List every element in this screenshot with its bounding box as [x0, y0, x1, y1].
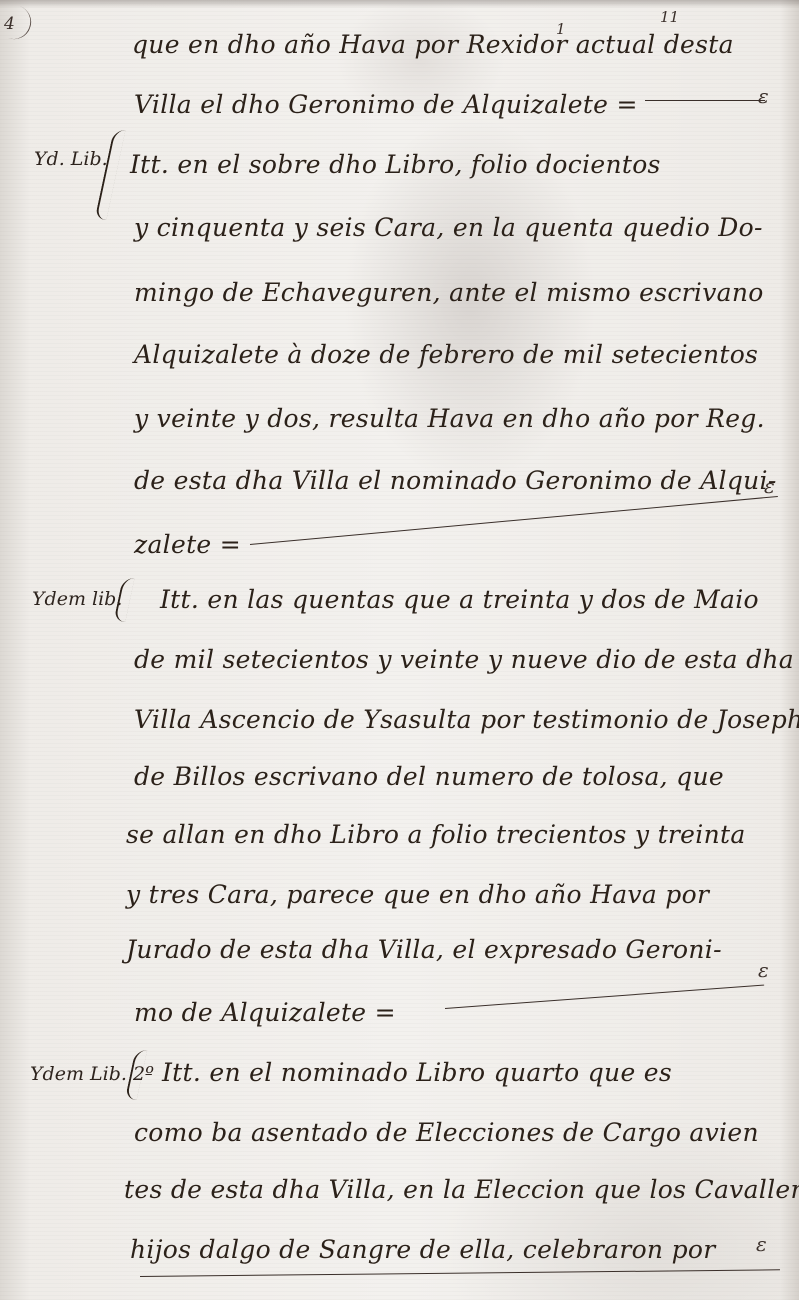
page-edge-shadow [0, 0, 799, 8]
line-filler-rule [140, 1269, 780, 1277]
text-line: mingo de Echaveguren, ante el mismo escr… [134, 278, 764, 307]
text-line: Jurado de esta dha Villa, el expresado G… [126, 935, 722, 964]
text-line: Itt. en las quentas que a treinta y dos … [160, 585, 759, 614]
flourish-mark: ɛ [756, 1232, 767, 1256]
text-line: Villa Ascencio de Ysasulta por testimoni… [134, 705, 799, 734]
text-line: y cinquenta y seis Cara, en la quenta qu… [134, 213, 763, 242]
margin-bracket [94, 130, 125, 220]
flourish-mark: ɛ [758, 84, 769, 108]
margin-note: Ydem lib. [32, 588, 122, 610]
text-line: Alquizalete à doze de febrero de mil set… [134, 340, 758, 369]
text-line: Itt. en el nominado Libro quarto que es [162, 1058, 672, 1087]
margin-note: Yd. Lib. [34, 148, 108, 170]
line-filler-rule [445, 985, 764, 1009]
flourish-mark: ɛ [758, 958, 769, 982]
text-line: hijos dalgo de Sangre de ella, celebraro… [130, 1235, 715, 1264]
text-line: zalete = [134, 530, 241, 559]
text-line: como ba asentado de Elecciones de Cargo … [134, 1118, 759, 1147]
text-line: se allan en dho Libro a folio trecientos… [126, 820, 746, 849]
text-line: y tres Cara, parece que en dho año Hava … [126, 880, 709, 909]
accent-mark: 11 [660, 8, 679, 26]
text-line: que en dho año Hava por Rexidor actual d… [132, 30, 734, 59]
text-line: tes de esta dha Villa, en la Eleccion qu… [124, 1175, 799, 1204]
text-line: Villa el dho Geronimo de Alquizalete = [134, 90, 638, 119]
line-filler-rule [645, 100, 765, 101]
text-line: de Billos escrivano del numero de tolosa… [134, 762, 724, 791]
text-line: mo de Alquizalete = [134, 998, 396, 1027]
text-line: de mil setecientos y veinte y nueve dio … [134, 645, 794, 674]
folio-number: 4 [4, 14, 15, 34]
manuscript-page: 4 1 11 que en dho año Hava por Rexidor a… [0, 0, 799, 1300]
text-line: de esta dha Villa el nominado Geronimo d… [134, 466, 777, 495]
flourish-mark: ɛ [764, 474, 775, 498]
text-line: Itt. en el sobre dho Libro, folio docien… [130, 150, 661, 179]
text-line: y veinte y dos, resulta Hava en dho año … [134, 404, 765, 433]
line-filler-rule [250, 496, 778, 545]
